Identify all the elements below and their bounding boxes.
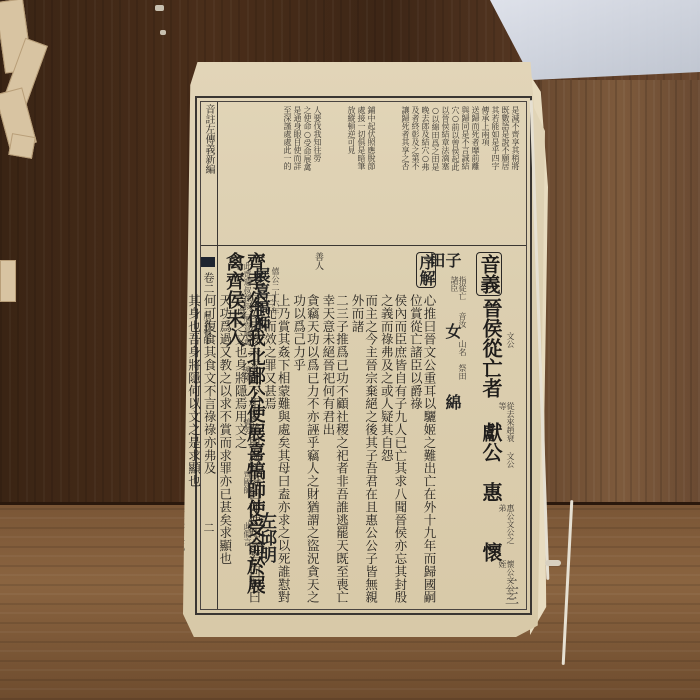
header-note-column: 穴○前以曾侯起此 <box>451 106 460 238</box>
header-notes: 是減不齊享其稍將既數語是說不願居其若能如是乎四字傳承上兩項送歸而死者靡前離與歸同… <box>283 106 520 238</box>
header-commentary-band: 是減不齊享其稍將既數語是說不願居其若能如是乎四字傳承上兩項送歸而死者靡前離與歸同… <box>201 102 526 246</box>
left-annotation: 此齊遣叔孫叔 <box>243 262 251 310</box>
left-year: 僖公二十六年 <box>271 267 279 315</box>
debris <box>160 30 166 35</box>
subheadline-group: 子 女 綿 田 指從亡諸臣 音汝 山名 祭田 <box>436 252 466 452</box>
end-mark: 善人 <box>313 252 322 270</box>
sub-annotation: 音汝 <box>458 312 466 328</box>
headline-char: 懷 <box>480 542 502 562</box>
left-annotation: 犒勞 <box>243 418 251 434</box>
sub-annotation: 山名 <box>458 340 466 356</box>
paper-scrap <box>8 133 35 159</box>
string-knot <box>545 560 561 566</box>
sub-annotation: 指從亡諸臣 <box>450 276 466 300</box>
header-note-column: 處接一切俱是暗筆 <box>357 106 366 238</box>
text-column: 貪竊天功以爲已力不亦誣乎竊人之財猶謂之盜況貪天之功以爲己力乎 <box>292 294 319 604</box>
header-note-column: 及者終彰及之第不 <box>411 106 420 238</box>
text-column: 侯內而臣庶皆自有子九人已亡其求八聞晉侯亦忘其封殷之義而祿弗及之或人疑其自怨 <box>380 294 407 604</box>
page-number: 二三 <box>504 577 518 605</box>
paper-scraps <box>0 0 60 300</box>
header-note-column: 晚去郎及結穴○弗 <box>421 106 430 238</box>
paper-scrap <box>0 260 16 302</box>
header-note-column: 放縱頓逆可見 <box>347 106 356 238</box>
headline: 音義 <box>476 252 502 296</box>
left-title: 展喜犒師 <box>253 267 269 331</box>
headline-char: 獻公 <box>480 422 502 462</box>
annotation: 文公 <box>506 332 514 362</box>
title-column-group: 音義 晉侯從亡者 文公 從去來趙衰等 獻公 文公 惠 惠公文公之弟 懷 懷公文公… <box>468 252 520 607</box>
header-note-column: 人要伐我知往勞 <box>313 106 322 238</box>
text-column: 心推曰晉文公重耳以驪姬之難出亡在外十九年而歸國嗣位賞從亡諸臣以爵祿 <box>409 294 436 604</box>
fishtail-mark <box>201 257 215 267</box>
spine-volume: 卷二 <box>203 272 214 294</box>
header-note-column: ○以綿田爲之田是 <box>431 106 440 238</box>
headline-text: 晉侯從亡者 <box>480 298 502 398</box>
sub-annotation: 祭田 <box>458 364 466 380</box>
debris <box>155 5 164 11</box>
wooden-plank-right <box>540 80 700 505</box>
headline-char: 惠 <box>480 482 502 502</box>
header-note-column: 其若能如是乎四字 <box>491 106 500 238</box>
left-annotation: 邊境 <box>243 366 251 382</box>
left-annotation: 齊國師 <box>243 470 251 494</box>
section-label: 序解 <box>416 252 436 288</box>
header-note-column: 之使命○受命展禽 <box>303 106 312 238</box>
header-note-column: 與歸同是不言誠結 <box>461 106 470 238</box>
header-note-column: 以晉侯結章法滴塞 <box>441 106 450 238</box>
annotation: 惠公文公之弟 <box>498 504 514 544</box>
header-note-column: 是通身眼目使而詳 <box>293 106 302 238</box>
print-frame: 音註左傳義新編 卷二 展喜犒師 二 是減不齊享其稍將既數語是說不願居其若能如是乎… <box>195 96 532 615</box>
label-box: 音義 <box>476 252 502 296</box>
section-label-box: 序解 <box>416 252 436 288</box>
header-note-column: 是減不齊享其稍將 <box>511 106 520 238</box>
annotation: 文公 <box>506 452 514 472</box>
header-note-column: 至深謹處處此一的 <box>283 106 292 238</box>
header-note-column: 既數語是說不願居 <box>501 106 510 238</box>
author: 左邱明 <box>257 512 274 563</box>
left-annotation: 此假言 <box>243 522 251 546</box>
header-note-column: 送歸而死者靡前離 <box>471 106 480 238</box>
left-annotation: 展喜展禽 <box>243 314 251 346</box>
text-column: 而主之今主晉宗棄絕之後其子吾君在且惠公公子皆無親外而諸 <box>350 294 377 604</box>
header-note-column: 傳承上兩項 <box>481 106 490 238</box>
header-note-column: 鋪中起伏照應脫節 <box>367 106 376 238</box>
text-column: 何可復食其食文不言祿祿亦弗及 <box>203 294 217 604</box>
text-column: 其身也吾身將隱何以文之是求顯也 <box>187 294 201 604</box>
antique-book-page: 音註左傳義新編 卷二 展喜犒師 二 是減不齊享其稍將既數語是說不願居其若能如是乎… <box>183 62 545 637</box>
text-column: 二三子推爲已功不顧社稷之祀者非吾誰逃罷天既至喪亡幸天意未絕晉祀何有君出 <box>321 294 348 604</box>
print-frame-inner: 音註左傳義新編 卷二 展喜犒師 二 是減不齊享其稍將既數語是說不願居其若能如是乎… <box>200 101 527 610</box>
header-note-column: 讓歸死者其享之否 <box>401 106 410 238</box>
